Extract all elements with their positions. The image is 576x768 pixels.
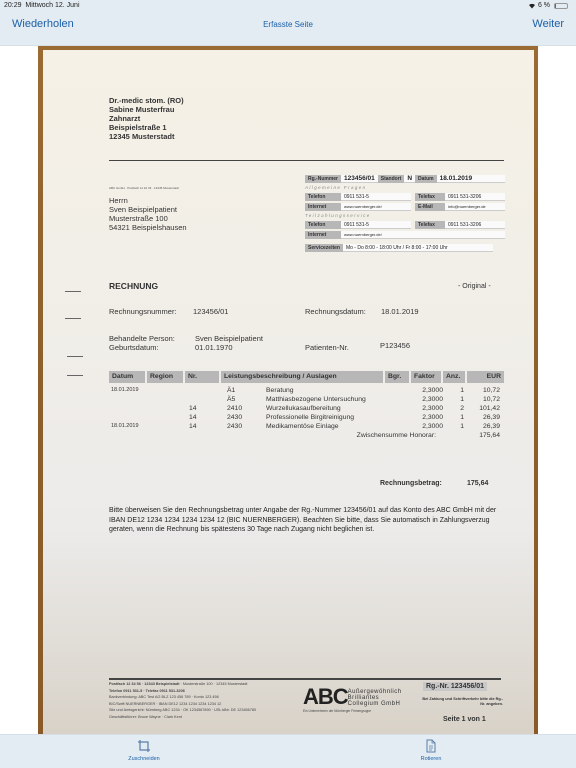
table-row: 18.01.2019Ä1Beratung2,3000110,72 [109, 386, 504, 395]
cell-nr: 2410 [227, 404, 242, 413]
standort-value: N [404, 175, 415, 183]
address-line: 54321 Beispielshausen [109, 223, 187, 232]
tz-internet-value: www.nuernberger.de/ [341, 231, 505, 239]
cell-anz: 2 [460, 404, 464, 413]
cell-datum: 18.01.2019 [111, 386, 139, 395]
rechnungsnummer-label: Rechnungsnummer: [109, 307, 177, 316]
invoice-table: Datum Region Nr. Leistungsbeschreibung /… [109, 371, 504, 440]
col-region: Region [147, 371, 183, 383]
cell-anz: 1 [460, 413, 464, 422]
cell-anz: 1 [460, 395, 464, 404]
geburtsdatum-label: Geburtsdatum: [109, 343, 159, 352]
tz-telefax-label: Telefax [415, 221, 445, 229]
footer-rgnr: Rg.-Nr. 123456/01 [423, 682, 487, 691]
rotate-button[interactable]: Rotieren [391, 739, 471, 762]
status-bar: 20:29 Mittwoch 12. Juni 6 % [0, 0, 576, 12]
telefon-value: 0911 531-5 [341, 193, 411, 201]
fold-mark [65, 318, 81, 319]
col-nr: Nr. [185, 371, 219, 383]
patienten-nr-label: Patienten-Nr. [305, 343, 349, 352]
servicezeiten-label: Servicezeiten [305, 244, 343, 252]
behandelte-person-value: Sven Beispielpatient [195, 334, 263, 343]
tz-telefon-label: Telefon [305, 221, 341, 229]
col-desc: Leistungsbeschreibung / Auslagen [221, 371, 383, 383]
battery-icon [554, 3, 568, 9]
cell-faktor: 2,3000 [422, 395, 443, 404]
sender-address: Dr.-medic stom. (RO)Sabine MusterfrauZah… [109, 96, 184, 141]
address-line: Dr.-medic stom. (RO) [109, 96, 184, 105]
rechnungsnummer-value: 123456/01 [193, 307, 228, 316]
battery-percent: 6 % [538, 2, 550, 9]
payment-instructions: Bitte überweisen Sie den Rechnungsbetrag… [109, 506, 509, 535]
table-row: 142430Professionelle Birgitreinigung2,30… [109, 413, 504, 422]
cell-region: 14 [189, 422, 197, 431]
internet-value: www.nuernberger.de/ [341, 203, 411, 211]
cell-region: 14 [189, 404, 197, 413]
datum-value: 18.01.2019 [437, 175, 505, 183]
fold-mark [65, 291, 81, 292]
status-right: 6 % [528, 2, 568, 9]
fold-mark [67, 375, 83, 376]
cell-nr: 2430 [227, 422, 242, 431]
cell-desc: Wurzellukasaufbereitung [266, 404, 341, 413]
sender-small-line: ABC GmbH · Postfach 11 22 33 · 12345 Mus… [109, 186, 179, 190]
wifi-icon [528, 2, 536, 9]
address-line: Beispielstraße 1 [109, 123, 184, 132]
crop-icon [137, 739, 151, 753]
email-value: info@nuernberger.de [445, 203, 505, 211]
patienten-nr-value: P123456 [380, 341, 410, 350]
tz-internet-label: Internet [305, 231, 341, 239]
cell-nr: Ä1 [227, 386, 235, 395]
rg-nummer-value: 123456/01 [341, 175, 378, 183]
cell-anz: 1 [460, 422, 464, 431]
fold-mark [67, 356, 83, 357]
footer-divider [109, 678, 501, 680]
cell-region: 14 [189, 413, 197, 422]
datum-label: Datum [415, 175, 437, 183]
subtotal-label: Zwischensumme Honorar: [357, 431, 436, 440]
next-button[interactable]: Weiter [532, 18, 564, 30]
subtotal-value: 175,64 [479, 431, 500, 440]
crop-button[interactable]: Zuschneiden [104, 739, 184, 762]
total-value: 175,64 [467, 480, 488, 487]
telefax-label: Telefax [415, 193, 445, 201]
cell-faktor: 2,3000 [422, 386, 443, 395]
page-count: Seite 1 von 1 [443, 716, 486, 723]
cell-eur: 101,42 [479, 404, 500, 413]
table-row: Ä5Matthiasbezogene Untersuchung2,3000110… [109, 395, 504, 404]
crop-label: Zuschneiden [128, 756, 160, 762]
col-datum: Datum [109, 371, 145, 383]
cell-eur: 10,72 [483, 395, 500, 404]
navigation-bar: Wiederholen Erfasste Seite Weiter [0, 12, 576, 46]
col-eur: EUR [467, 371, 504, 383]
cell-eur: 10,72 [483, 386, 500, 395]
address-line: Sabine Musterfrau [109, 105, 184, 114]
behandelte-person-label: Behandelte Person: [109, 334, 175, 343]
email-label: E-Mail [415, 203, 445, 211]
address-line: Herrn [109, 196, 187, 205]
cell-nr: 2430 [227, 413, 242, 422]
address-line: Zahnarzt [109, 114, 184, 123]
cell-eur: 26,39 [483, 422, 500, 431]
rg-nummer-label: Rg.-Nummer [305, 175, 341, 183]
scanned-page-preview: Dr.-medic stom. (RO)Sabine MusterfrauZah… [0, 46, 576, 734]
cell-desc: Professionelle Birgitreinigung [266, 413, 354, 422]
rotate-label: Rotieren [421, 756, 442, 762]
table-row: 142410Wurzellukasaufbereitung2,30002101,… [109, 404, 504, 413]
recipient-address: HerrnSven BeispielpatientMusterstraße 10… [109, 196, 187, 232]
cell-desc: Beratung [266, 386, 294, 395]
original-label: - Original - [458, 283, 491, 290]
logo-text: AußergewöhnlichBrilliantesCollegium GmbH [348, 689, 402, 707]
logo-abc: ABC [303, 687, 348, 707]
logo-subtitle: Ein Unternehmen der Nürnberger Firmengru… [303, 709, 402, 713]
rechnungsdatum-value: 18.01.2019 [381, 307, 419, 316]
status-time: 20:29 Mittwoch 12. Juni [4, 2, 80, 9]
table-header: Datum Region Nr. Leistungsbeschreibung /… [109, 371, 504, 383]
table-body: 18.01.2019Ä1Beratung2,3000110,72Ä5Matthi… [109, 386, 504, 431]
cell-nr: Ä5 [227, 395, 235, 404]
invoice-title: RECHNUNG [109, 281, 158, 291]
cell-faktor: 2,3000 [422, 422, 443, 431]
total-label: Rechnungsbetrag: [380, 480, 442, 487]
col-faktor: Faktor [411, 371, 441, 383]
tz-telefon-value: 0911 531-5 [341, 221, 411, 229]
allgemeine-fragen-title: Allgemeine Fragen [305, 184, 505, 192]
cell-datum: 18.01.2019 [111, 422, 139, 431]
address-line: Musterstraße 100 [109, 214, 187, 223]
tz-telefax-value: 0911 531-3206 [445, 221, 505, 229]
standort-label: Standort [378, 175, 405, 183]
telefon-label: Telefon [305, 193, 341, 201]
address-line: 12345 Musterstadt [109, 132, 184, 141]
internet-label: Internet [305, 203, 341, 211]
subtotal-row: Zwischensumme Honorar: 175,64 [109, 431, 504, 440]
address-line: Sven Beispielpatient [109, 205, 187, 214]
footer-company-info: Postfach 12 34 56 · 12343 Beispielstadt … [109, 681, 256, 720]
cell-anz: 1 [460, 386, 464, 395]
cell-faktor: 2,3000 [422, 404, 443, 413]
cell-desc: Medikamentöse Einlage [266, 422, 339, 431]
cell-faktor: 2,3000 [422, 413, 443, 422]
info-box: Rg.-Nummer 123456/01 Standort N Datum 18… [305, 174, 505, 253]
telefax-value: 0911 531-3206 [445, 193, 505, 201]
cell-desc: Matthiasbezogene Untersuchung [266, 395, 366, 404]
rechnungsdatum-label: Rechnungsdatum: [305, 307, 366, 316]
geburtsdatum-value: 01.01.1970 [195, 343, 233, 352]
nav-title: Erfasste Seite [0, 20, 576, 29]
teilzahlungsservice-title: Teilzahlungsservice [305, 212, 505, 220]
bottom-toolbar: Zuschneiden Rotieren [0, 734, 576, 768]
scanned-document: Dr.-medic stom. (RO)Sabine MusterfrauZah… [43, 50, 534, 734]
header-divider [109, 160, 504, 161]
company-logo: ABCAußergewöhnlichBrilliantesCollegium G… [303, 687, 402, 713]
rotate-page-icon [424, 739, 438, 753]
footer-rgnr-note: Bei Zahlung und Schriftverkehr bitte die… [421, 697, 503, 707]
cell-eur: 26,39 [483, 413, 500, 422]
col-anz: Anz. [443, 371, 465, 383]
table-row: 18.01.2019142430Medikamentöse Einlage2,3… [109, 422, 504, 431]
servicezeiten-value: Mo - Do 8:00 - 18:00 Uhr / Fr 8:00 - 17:… [343, 244, 493, 252]
col-bgr: Bgr. [385, 371, 409, 383]
